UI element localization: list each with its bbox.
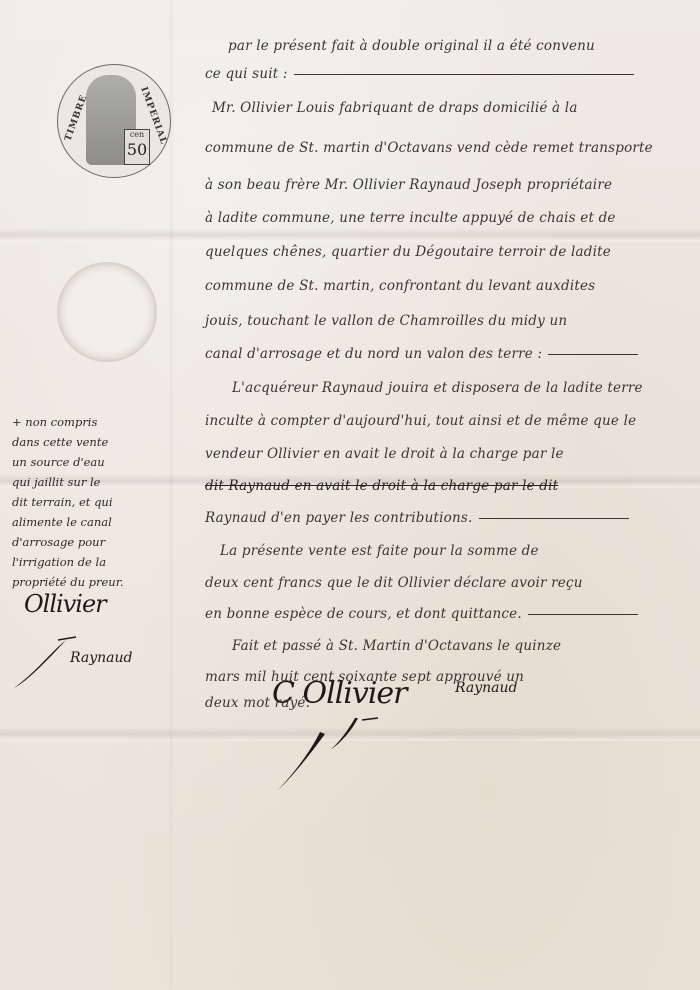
- margin-note-line: dans cette vente: [12, 432, 162, 452]
- margin-note-line: l'irrigation de la: [12, 552, 162, 572]
- body-line: commune de St. martin d'Octavans vend cè…: [205, 140, 653, 156]
- margin-note-line: qui jaillit sur le: [12, 472, 162, 492]
- body-text: canal d'arrosage et du nord un valon des…: [205, 346, 542, 362]
- revenue-stamp: TIMBRE IMPERIAL cen 50: [57, 64, 171, 178]
- line-filler: [294, 74, 634, 75]
- line-filler: [528, 614, 638, 615]
- margin-note-line: + non compris: [12, 412, 162, 432]
- struck-text: dit Raynaud en avait le droit à la charg…: [205, 478, 558, 494]
- body-line: Mr. Ollivier Louis fabriquant de draps d…: [212, 100, 578, 116]
- body-line: Raynaud d'en payer les contributions.: [205, 510, 629, 526]
- body-line: jouis, touchant le vallon de Chamroilles…: [205, 313, 567, 329]
- paper-fold: [0, 228, 700, 242]
- stamp-value-box: cen 50: [124, 129, 150, 165]
- body-line: à ladite commune, une terre inculte appu…: [205, 210, 616, 226]
- body-line: commune de St. martin, confrontant du le…: [205, 278, 595, 294]
- body-line: dit Raynaud en avait le droit à la charg…: [205, 478, 558, 494]
- margin-note-line: dit terrain, et qui: [12, 492, 162, 512]
- paraphe-icon: [270, 712, 380, 792]
- margin-signature-ollivier: Ollivier: [24, 590, 106, 618]
- body-line: canal d'arrosage et du nord un valon des…: [205, 346, 638, 362]
- stamp-unit: cen: [125, 130, 149, 140]
- stamp-value: 50: [125, 140, 149, 160]
- embossed-eagle-seal-icon: [57, 262, 157, 362]
- margin-signature-raynaud: Raynaud: [70, 650, 132, 666]
- body-line: par le présent fait à double original il…: [228, 38, 595, 54]
- line-filler: [479, 518, 629, 519]
- paper-fold-vertical: [168, 0, 174, 990]
- body-line: en bonne espèce de cours, et dont quitta…: [205, 606, 638, 622]
- body-line: inculte à compter d'aujourd'hui, tout ai…: [205, 413, 636, 429]
- body-line: ce qui suit :: [205, 66, 634, 82]
- margin-note-line: d'arrosage pour: [12, 532, 162, 552]
- body-line: La présente vente est faite pour la somm…: [220, 543, 539, 559]
- margin-paraphe-icon: [6, 632, 76, 692]
- document-page: TIMBRE IMPERIAL cen 50 par le présent fa…: [0, 0, 700, 990]
- body-text: Raynaud d'en payer les contributions.: [205, 510, 473, 526]
- body-line: L'acquéreur Raynaud jouira et disposera …: [232, 380, 643, 396]
- margin-note-line: un source d'eau: [12, 452, 162, 472]
- body-text: en bonne espèce de cours, et dont quitta…: [205, 606, 522, 622]
- margin-note-line: propriété du preur.: [12, 572, 162, 592]
- signature-raynaud: Raynaud: [455, 680, 517, 696]
- body-line: à son beau frère Mr. Ollivier Raynaud Jo…: [205, 177, 612, 193]
- body-line: Fait et passé à St. Martin d'Octavans le…: [232, 638, 561, 654]
- margin-note: + non compris dans cette vente un source…: [12, 412, 162, 592]
- body-line: vendeur Ollivier en avait le droit à la …: [205, 446, 564, 462]
- margin-note-line: alimente le canal: [12, 512, 162, 532]
- line-filler: [548, 354, 638, 355]
- body-text: ce qui suit :: [205, 66, 288, 82]
- body-line: deux cent francs que le dit Ollivier déc…: [205, 575, 583, 591]
- signature-ollivier: C Ollivier: [272, 676, 407, 711]
- body-line: quelques chênes, quartier du Dégoutaire …: [205, 244, 611, 260]
